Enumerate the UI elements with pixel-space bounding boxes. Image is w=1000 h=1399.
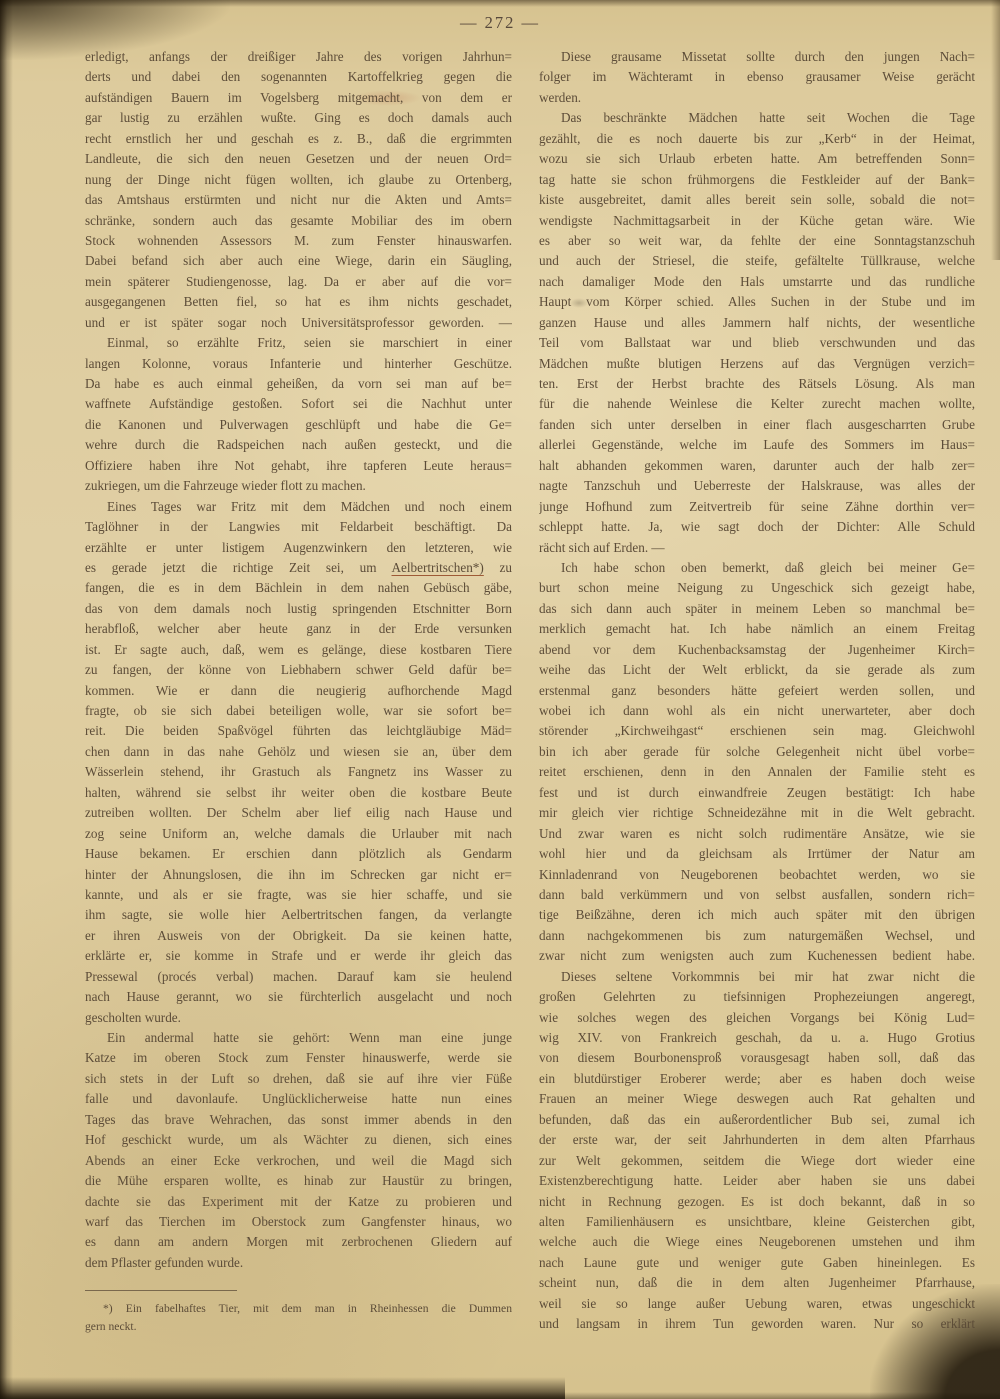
- text-line: großen Gelehrten zu tiefsinnigen Prophez…: [539, 987, 975, 1007]
- text-line: Pressewal (procés verbal) machen. Darauf…: [85, 967, 512, 987]
- text-line: Eines Tages war Fritz mit dem Mädchen un…: [85, 497, 512, 517]
- footnote-separator: [85, 1290, 237, 1291]
- text-line: gar lustig zu erzählen wußte. Ging es do…: [85, 108, 512, 128]
- text-line: Da habe es auch einmal geheißen, da vorn…: [85, 374, 512, 394]
- paragraph: Das beschränkte Mädchen hatte seit Woche…: [539, 108, 975, 558]
- text-line: derts und dabei den sogenannten Kartoffe…: [85, 67, 512, 87]
- text-line: ganzen Hause und alles Jammern half nich…: [539, 313, 975, 333]
- text-line: Wässerlein stehend, ihr Grastuch als Fan…: [85, 762, 512, 782]
- paragraph: erledigt, anfangs der dreißiger Jahre de…: [85, 47, 512, 333]
- text-line: nicht in Rechnung gezogen. Es ist doch b…: [539, 1192, 975, 1212]
- text-line: fanden sich unter derselben in einer fla…: [539, 415, 975, 435]
- text-line: Hause bekamen. Er erschien dann plötzlic…: [85, 844, 512, 864]
- text-line: langen Kolonne, voraus Infanterie und hi…: [85, 354, 512, 374]
- paragraph: Eines Tages war Fritz mit dem Mädchen un…: [85, 497, 512, 1028]
- text-line: herabfloß, welcher aber heute ganz in de…: [85, 619, 512, 639]
- text-line: Abends an einer Ecke verkrochen, und wei…: [85, 1151, 512, 1171]
- text-line: das Amtshaus erstürmten und nicht nur di…: [85, 190, 512, 210]
- text-line: und auch der Striesel, die steife, gefäl…: [539, 251, 975, 271]
- underlined-term: Aelbertritschen*): [392, 560, 484, 575]
- text-line: dann nachgekommenen bis zum naturgemäßen…: [539, 926, 975, 946]
- text-line: zu fangen, der könne von Liebhabern schw…: [85, 660, 512, 680]
- text-line: Ein andermal hatte sie gehört: Wenn man …: [85, 1028, 512, 1048]
- text-line: Taglöhner in der Langwies mit Feldarbeit…: [85, 517, 512, 537]
- text-line: aufständigen Bauern im Vogelsberg mitgem…: [85, 88, 512, 108]
- text-line: tag hatte sie schon frühmorgens die Fest…: [539, 170, 975, 190]
- text-line: gescholten wurde.: [85, 1008, 512, 1028]
- text-line: störender „Kirchweihgast“ erschienen sei…: [539, 721, 975, 741]
- text-line: nagte Tanzschuh und Ueberreste der Halsk…: [539, 476, 975, 496]
- text-line: *) Ein fabelhaftes Tier, mit dem man in …: [85, 1300, 512, 1318]
- text-line: Landleute, die sich den neuen Gesetzen u…: [85, 149, 512, 169]
- text-line: der erste war, der seit Jahrhunderten in…: [539, 1130, 975, 1150]
- page-edge-shadow-bottom: [0, 1392, 1000, 1399]
- text-line: warf das Tierchen im Oberstock zum Gangf…: [85, 1212, 512, 1232]
- text-line: fragte, ob sie sich dabei beteiligen wol…: [85, 701, 512, 721]
- text-line: Hof geschickt wurde, um als Wächter zu d…: [85, 1130, 512, 1150]
- text-line: von diesem Bourbonensproß vorausgesagt h…: [539, 1048, 975, 1068]
- text-line: kannte, und als er sie fragte, was sie h…: [85, 885, 512, 905]
- text-line: erklärte er, sie komme in Strafe und er …: [85, 946, 512, 966]
- text-line: ihm sagte, sie wolle hier Aelbertritsche…: [85, 905, 512, 925]
- text-line: wohl hier und da gleichsam als Irrtümer …: [539, 844, 975, 864]
- text-line: und er ist später sogar noch Universität…: [85, 313, 512, 333]
- text-line: reitet erschienen, denn in den Annalen d…: [539, 762, 975, 782]
- text-line: Ich habe schon oben bemerkt, daß gleich …: [539, 558, 975, 578]
- text-line: recht ernstlich her und geschah es z. B.…: [85, 129, 512, 149]
- page-edge-shadow-right: [991, 0, 1000, 260]
- page-number-header: — 272 —: [0, 13, 1000, 33]
- text-line: Tages das brave Wehrachen, das sonst imm…: [85, 1110, 512, 1130]
- text-line: das von dem damals noch lustig springend…: [85, 599, 512, 619]
- text-line: ist. Er sagte auch, daß, wem es gelänge,…: [85, 640, 512, 660]
- paragraph: Dieses seltene Vorkommnis bei mir hat zw…: [539, 967, 975, 1335]
- text-line: fangen, die es in dem Bächlein in dem na…: [85, 578, 512, 598]
- text-line: erledigt, anfangs der dreißiger Jahre de…: [85, 47, 512, 67]
- text-line: ten. Erst der Herbst brachte des Rätsels…: [539, 374, 975, 394]
- text-line: zog seine Uniform an, welche damals die …: [85, 824, 512, 844]
- paragraph: Ein andermal hatte sie gehört: Wenn man …: [85, 1028, 512, 1273]
- text-line: Existenzberechtigung hatte. Leider aber …: [539, 1171, 975, 1191]
- text-line: folger im Wächteramt in ebenso grausamer…: [539, 67, 975, 87]
- text-line: erzählte er unter listigem Augenzwinkern…: [85, 538, 512, 558]
- text-line: und langsam in ihrem Tun geworden waren.…: [539, 1314, 975, 1334]
- text-line: kommen. Wie er dann die neugierig aufhor…: [85, 681, 512, 701]
- text-line: die Mühe ersparen wollte, es hinab zur H…: [85, 1171, 512, 1191]
- paragraph: Einmal, so erzählte Fritz, seien sie mar…: [85, 333, 512, 497]
- text-line: wendigste Nachmittagsarbeit in der Küche…: [539, 211, 975, 231]
- text-line: mein späterer Studiengenosse, lag. Da er…: [85, 272, 512, 292]
- text-line: allerlei Gegenstände, welche im Laufe de…: [539, 435, 975, 455]
- text-line: Teil vom Ballstaat war und blieb verschw…: [539, 333, 975, 353]
- text-line: Mädchen mußte blutigen Herzens auf das V…: [539, 354, 975, 374]
- text-line: sich stets in der Luft so drehen, daß si…: [85, 1069, 512, 1089]
- text-line: weil sie so lange außer Uebung waren, et…: [539, 1294, 975, 1314]
- text-line: Frauen an meiner Wiege deswegen auch Rat…: [539, 1089, 975, 1109]
- text-line: wobei ich dann wohl als ein nicht unerwa…: [539, 701, 975, 721]
- column-left: erledigt, anfangs der dreißiger Jahre de…: [85, 47, 512, 1335]
- text-line: schränke, sondern auch das gesamte Mobil…: [85, 211, 512, 231]
- text-line: Haupt vom Körper schied. Alles Suchen in…: [539, 292, 975, 312]
- text-line: ein blutdürstiger Eroberer werde; aber e…: [539, 1069, 975, 1089]
- text-line: welche auch die Wiege eines Neugeborenen…: [539, 1232, 975, 1252]
- text-line: ausgegangenen Betten fiel, so hat es ihm…: [85, 292, 512, 312]
- text-line: Und zwar waren es nicht solch rudimentär…: [539, 824, 975, 844]
- text-line: burt schon meine Neigung zu Ungeschick s…: [539, 578, 975, 598]
- text-line: halten, während sie selbst ihr weiter ob…: [85, 783, 512, 803]
- text-line: fest und ist durch einwandfreie Zeugen b…: [539, 783, 975, 803]
- text-line: Offiziere haben ihre Not gehabt, ihre ta…: [85, 456, 512, 476]
- text-line: zur Welt gekommen, seitdem die Wiege dor…: [539, 1151, 975, 1171]
- text-line: er ihren Ausweis von der Obrigkeit. Da s…: [85, 926, 512, 946]
- text-line: befunden, daß das ein außerordentlicher …: [539, 1110, 975, 1130]
- text-line: es gerade jetzt die richtige Zeit sei, u…: [85, 558, 512, 578]
- book-page: — 272 — erledigt, anfangs der dreißiger …: [0, 0, 1000, 1399]
- text-line: nach Hause gerannt, wo sie fürchterlich …: [85, 987, 512, 1007]
- text-line: Dabei befand sich aber auch eine Wiege, …: [85, 251, 512, 271]
- text-line: alten Familienhäusern es unsichtbare, kl…: [539, 1212, 975, 1232]
- text-line: es aber so weit war, da fehlte der eine …: [539, 231, 975, 251]
- text-line: weihe das Licht der Welt erblickt, da si…: [539, 660, 975, 680]
- text-line: nach damaliger Mode den Hals umstarrte u…: [539, 272, 975, 292]
- paragraph: Ich habe schon oben bemerkt, daß gleich …: [539, 558, 975, 967]
- paragraph: Diese grausame Missetat sollte durch den…: [539, 47, 975, 108]
- text-line: Stock wohnenden Assessors M. zum Fenster…: [85, 231, 512, 251]
- page-edge-shadow-top: [0, 0, 1000, 7]
- text-line: mir gleich vier richtige Schneidezähne m…: [539, 803, 975, 823]
- text-line: abend vor dem Kuchenbacksamstag der Juge…: [539, 640, 975, 660]
- text-line: zukriegen, um die Fahrzeuge wieder flott…: [85, 476, 512, 496]
- text-line: erstenmal ganz besonders hätte gefeiert …: [539, 681, 975, 701]
- text-line: nung der Dinge nicht fügen wollten, ich …: [85, 170, 512, 190]
- page-corner-shadow-bottom-left: [0, 1377, 565, 1399]
- text-line: tige Beißzähne, deren ich mich auch spät…: [539, 905, 975, 925]
- text-line: waffnete Aufständige gestoßen. Sofort se…: [85, 394, 512, 414]
- text-line: halt abhanden gekommen waren, darunter a…: [539, 456, 975, 476]
- text-line: junge Hofhund zum Zeitvertreib für seine…: [539, 497, 975, 517]
- text-line: reit. Die beiden Spaßvögel führten das l…: [85, 721, 512, 741]
- text-line: für die nahende Weinlese die Kelter zure…: [539, 394, 975, 414]
- text-line: chen dann in das nahe Gehölz und wiesen …: [85, 742, 512, 762]
- text-line: Diese grausame Missetat sollte durch den…: [539, 47, 975, 67]
- text-line: die Kanonen und Pulverwagen geschlüpft u…: [85, 415, 512, 435]
- text-line: dann bald verkümmern und von selbst ausf…: [539, 885, 975, 905]
- text-line: wehre durch die Radspeichen nach außen g…: [85, 435, 512, 455]
- text-line: zwar nicht zum wenigsten auch zum Kuchen…: [539, 946, 975, 966]
- text-line: dachte sie das Experiment mit der Katze …: [85, 1192, 512, 1212]
- text-line: dem Pflaster gefunden wurde.: [85, 1253, 512, 1273]
- text-line: falle und davonlaufe. Unglücklicherweise…: [85, 1089, 512, 1109]
- text-line: Das beschränkte Mädchen hatte seit Woche…: [539, 108, 975, 128]
- text-line: das sich dann auch später in meinem Lebe…: [539, 599, 975, 619]
- page-edge-shadow-left: [0, 0, 13, 1399]
- footnote: *) Ein fabelhaftes Tier, mit dem man in …: [85, 1300, 512, 1335]
- text-line: bin ich aber gerade für solche Gelegenhe…: [539, 742, 975, 762]
- text-line: werden.: [539, 88, 975, 108]
- text-line: Kinnladenrand von Neugeborenen beobachte…: [539, 865, 975, 885]
- text-line: nach Laune gute und weniger gute Gaben h…: [539, 1253, 975, 1273]
- text-line: kiste ausgebreitet, damit alles bereit s…: [539, 190, 975, 210]
- text-line: merklich gemacht hat. Ich habe nämlich a…: [539, 619, 975, 639]
- text-line: gern neckt.: [85, 1318, 512, 1336]
- text-line: wozu sie sich Urlaub erbeten hatte. Am b…: [539, 149, 975, 169]
- text-line: gezählt, die es noch dauerte bis zur „Ke…: [539, 129, 975, 149]
- text-line: Einmal, so erzählte Fritz, seien sie mar…: [85, 333, 512, 353]
- text-columns: erledigt, anfangs der dreißiger Jahre de…: [85, 47, 975, 1335]
- column-right: Diese grausame Missetat sollte durch den…: [539, 47, 975, 1335]
- text-line: Katze im oberen Stock zum Fenster hinaus…: [85, 1048, 512, 1068]
- text-line: zutreiben wollten. Der Schelm aber lief …: [85, 803, 512, 823]
- text-line: rächt sich auf Erden. —: [539, 538, 975, 558]
- text-line: scheint nun, daß die in dem alten Jugenh…: [539, 1273, 975, 1293]
- text-line: wie solches wegen des gleichen Vorgangs …: [539, 1008, 975, 1028]
- text-line: hinter der Ahnungslosen, die ihn im Schr…: [85, 865, 512, 885]
- text-line: schleppt hatte. Ja, wie sagt doch der Di…: [539, 517, 975, 537]
- text-line: es dann am andern Morgen mit zerbrochene…: [85, 1232, 512, 1252]
- text-line: Dieses seltene Vorkommnis bei mir hat zw…: [539, 967, 975, 987]
- text-line: wig XIV. von Frankreich geschah, da u. a…: [539, 1028, 975, 1048]
